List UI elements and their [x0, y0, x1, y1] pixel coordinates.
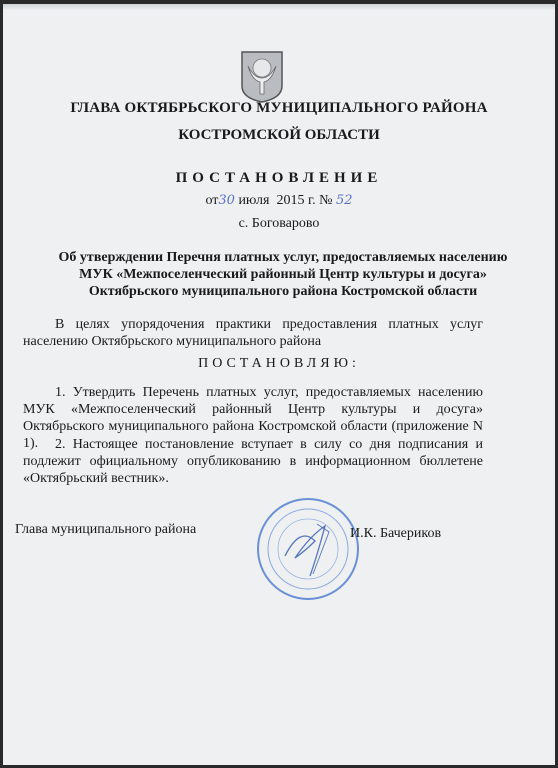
date-prefix: от [205, 193, 218, 208]
signature-name: И.К. Бачериков [350, 526, 441, 542]
place: с. Боговарово [3, 216, 555, 232]
document-title: ПОСТАНОВЛЕНИЕ [3, 170, 555, 187]
header-line-2: КОСТРОМСКОЙ ОБЛАСТИ [3, 127, 555, 144]
dateline: от30 июля 2015 г. № 52 [3, 193, 555, 209]
subject-line: Об утверждении Перечня платных услуг, пр… [33, 249, 533, 266]
coat-of-arms-icon [240, 50, 284, 104]
official-seal-icon [255, 496, 361, 602]
document-page: ГЛАВА ОКТЯБРЬСКОГО МУНИЦИПАЛЬНОГО РАЙОНА… [3, 4, 555, 765]
item-2: 2. Настоящее постановление вступает в си… [23, 436, 483, 487]
preamble: В целях упорядочения практики предоставл… [23, 316, 483, 350]
signature-role: Глава муниципального района [15, 522, 196, 538]
date-day: 30 [218, 193, 235, 208]
date-month-year: июля 2015 г. № [235, 193, 336, 208]
subject-line: Октябрьского муниципального района Костр… [33, 283, 533, 300]
header-line-1: ГЛАВА ОКТЯБРЬСКОГО МУНИЦИПАЛЬНОГО РАЙОНА [3, 100, 555, 117]
document-number: 52 [336, 193, 353, 208]
subject-line: МУК «Межпоселенческий районный Центр кул… [33, 266, 533, 283]
subject: Об утверждении Перечня платных услуг, пр… [33, 249, 533, 300]
resolve-heading: ПОСТАНОВЛЯЮ: [3, 356, 555, 372]
